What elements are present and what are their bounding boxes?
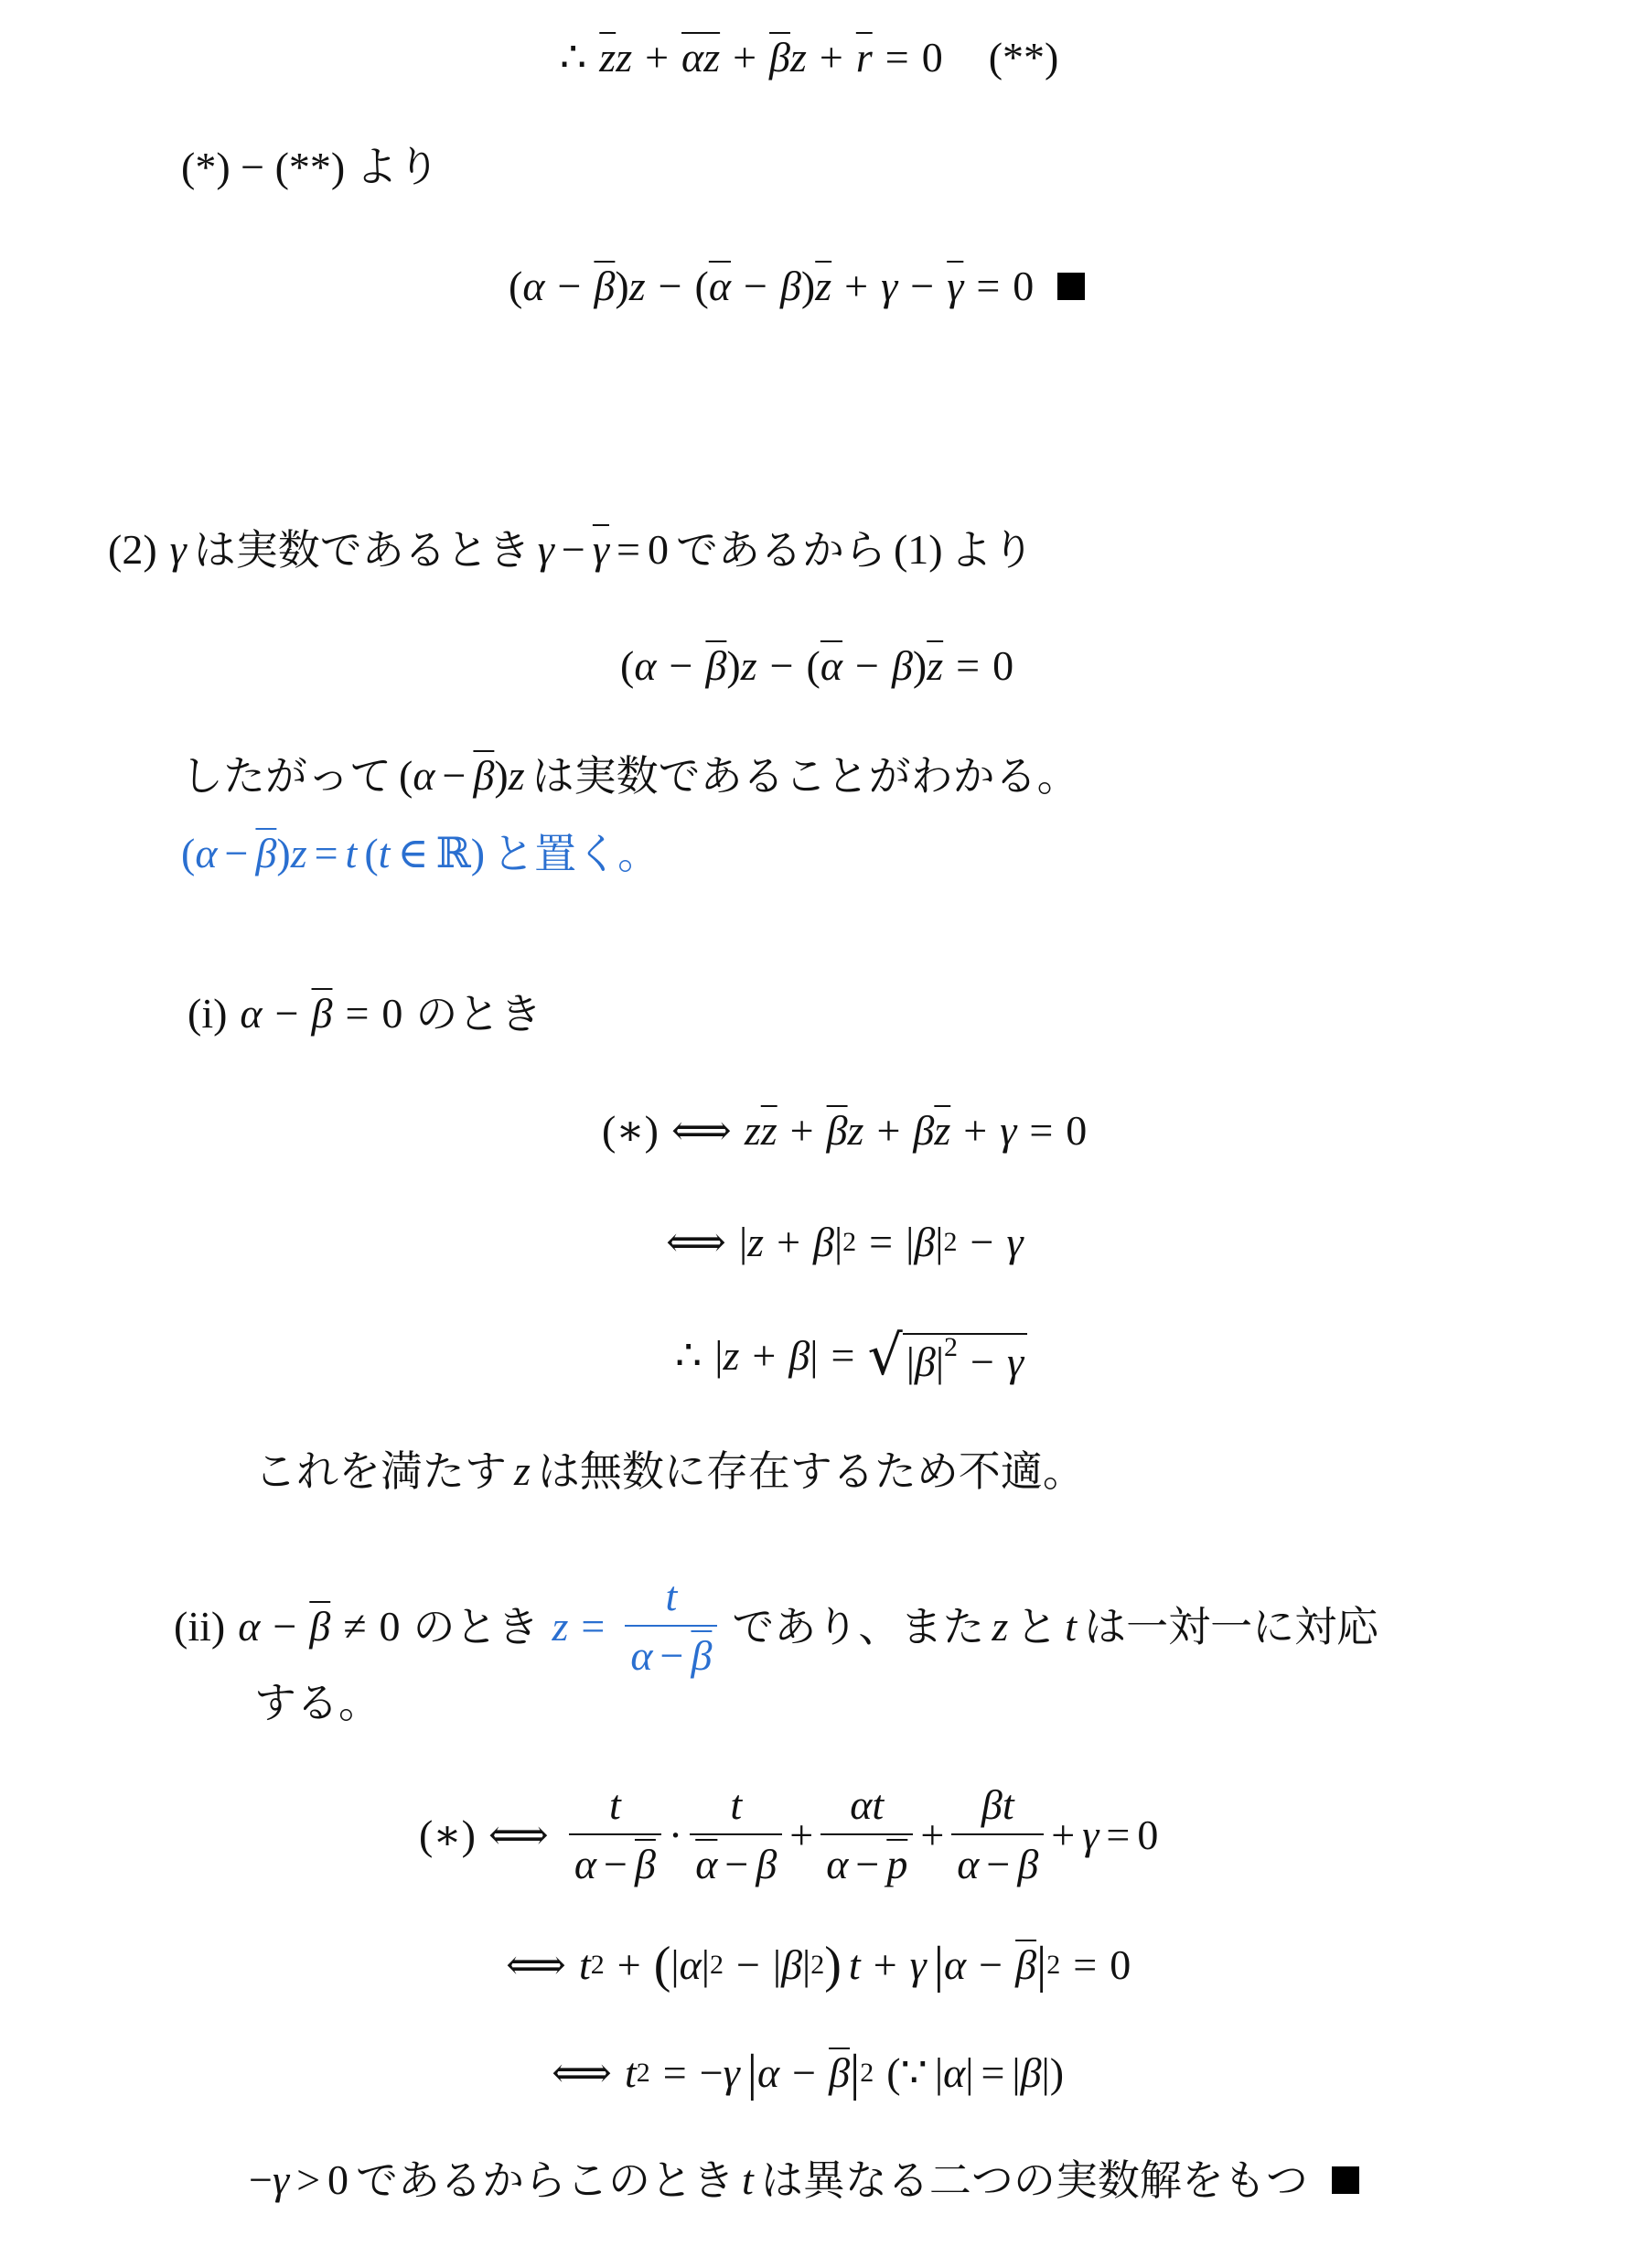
case-i-heading: (i) α−β=0 のとき [188, 993, 542, 1035]
case-ii-heading: (ii) α−β≠0 のとき z= tα−β であり、また z と t は一対一… [174, 1575, 1378, 1677]
therefore-real-text: したがって (α−β)z は実数であることがわかる。 [181, 755, 1079, 797]
therefore-symbol: ∴ [560, 37, 586, 79]
case-i-equation-1: (∗)⟺ zz+ βz+ βz+ γ=0 [602, 1110, 1087, 1152]
case-ii-continuation: する。 [254, 1682, 381, 1724]
equation-part2: (α−β)z − (α−β)z =0 [620, 645, 1013, 687]
case-i-equation-2: ⟺ |z+β|2 = |β|2−γ [666, 1221, 1024, 1263]
final-conclusion: −γ>0 であるからこのとき t は異なる二つの実数解をもつ [249, 2159, 1359, 2201]
qed-mark [1057, 273, 1085, 300]
case-i-equation-3: ∴ |z+β| = √ |β|2−γ [675, 1328, 1027, 1383]
subtract-text: (*) − (**) より [181, 146, 440, 188]
qed-mark [1332, 2166, 1359, 2194]
case-ii-equation-2: ⟺ t2+ (|α|2−|β|2) t+γ |α−β|2 =0 [506, 1940, 1131, 1991]
equation-result-1: (α−β)z − (α−β)z +γ−γ =0 [509, 265, 1085, 307]
case-ii-equation-3: ⟺ t2=−γ |α−β|2 (∵|α|=|β|) [552, 2048, 1064, 2099]
sqrt-expression: √ |β|2−γ [867, 1328, 1027, 1383]
equation-conjugate: ∴ zz+ αz+ βz+ r=0 (**) [560, 37, 1058, 79]
z-expression: z= tα−β [552, 1575, 724, 1677]
equation-label: (**) [989, 37, 1059, 79]
case-ii-equation-1: (∗)⟺ tα−β · tα−β + αtα−p + βtα−β +γ=0 [419, 1784, 1158, 1886]
set-t-definition: (α−β)z =t (t∈ℝ) と置く。 [181, 833, 660, 875]
case-i-conclusion: これを満たす z は無数に存在するため不適。 [254, 1450, 1085, 1492]
part2-heading: (2) γ は実数であるとき γ−γ=0 であるから (1) より [108, 529, 1035, 571]
